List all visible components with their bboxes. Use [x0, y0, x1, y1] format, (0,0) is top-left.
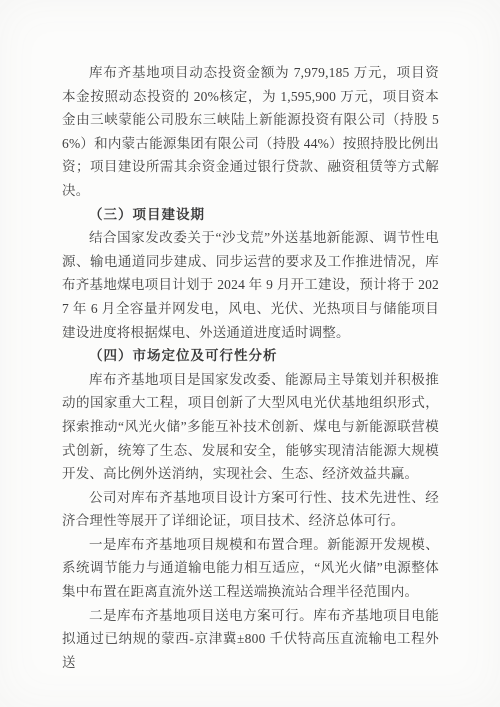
document-body: 库布齐基地项目动态投资金额为 7,979,185 万元，项目资本金按照动态投资的…	[62, 61, 439, 674]
paragraph-feasibility-review: 公司对库布齐基地项目设计方案可行性、技术先进性、经济合理性等展开了详细论证，项目…	[62, 486, 439, 533]
paragraph-point-1-scale-layout: 一是库布齐基地项目规模和布置合理。新能源开发规模、系统调节能力与通道输电能力相互…	[62, 533, 439, 604]
heading-section-3-construction-period: （三）项目建设期	[62, 203, 439, 227]
heading-section-4-market-feasibility: （四）市场定位及可行性分析	[62, 344, 439, 368]
paragraph-point-2-power-transmission: 二是库布齐基地项目送电方案可行。库布齐基地项目电能拟通过已纳规的蒙西-京津冀±8…	[62, 604, 439, 675]
paragraph-construction-schedule: 结合国家发改委关于“沙戈荒”外送基地新能源、调节性电源、输电通道同步建成、同步运…	[62, 226, 439, 344]
paragraph-project-significance: 库布齐基地项目是国家发改委、能源局主导策划并积极推动的国家重大工程，项目创新了大…	[62, 368, 439, 486]
paragraph-investment-capital: 库布齐基地项目动态投资金额为 7,979,185 万元，项目资本金按照动态投资的…	[62, 61, 439, 203]
document-page: 库布齐基地项目动态投资金额为 7,979,185 万元，项目资本金按照动态投资的…	[0, 0, 500, 707]
